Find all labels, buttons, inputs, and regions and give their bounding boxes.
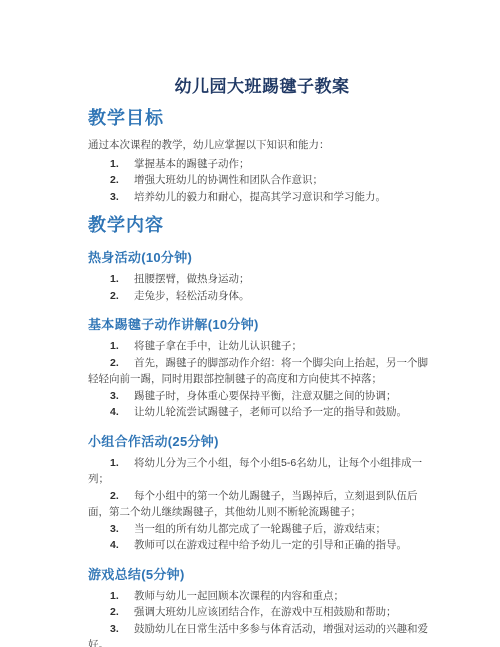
document-page: 幼儿园大班踢毽子教案 教学目标 通过本次课程的教学，幼儿应掌握以下知识和能力： … <box>0 0 500 647</box>
page-title: 幼儿园大班踢毽子教案 <box>88 76 436 98</box>
list-item-text: 将毽子拿在手中，让幼儿认识毽子； <box>134 340 302 352</box>
list-item: 1.将幼儿分为三个小组，每个小组5-6名幼儿，让每个小组排成一列； <box>88 455 436 488</box>
list-item-text: 教师与幼儿一起回顾本次课程的内容和重点； <box>134 590 344 602</box>
list-item: 2.每个小组中的第一个幼儿踢毽子，当踢掉后，立刻退到队伍后面，第二个幼儿继续踢毽… <box>88 488 436 521</box>
list-item-number: 3. <box>110 189 123 206</box>
list-item-text: 首先，踢毽子的脚部动作介绍：将一个脚尖向上抬起，另一个脚轻轻向前一踢，同时用跟部… <box>88 357 428 386</box>
subsection-title-game-summary: 游戏总结(5分钟) <box>88 566 436 583</box>
list-item-number: 1. <box>110 588 123 605</box>
list-item: 3.鼓励幼儿在日常生活中多参与体育活动，增强对运动的兴趣和爱好。 <box>88 621 436 647</box>
list-item: 4.教师可以在游戏过程中给予幼儿一定的引导和正确的指导。 <box>88 537 436 554</box>
list-item: 2.首先，踢毽子的脚部动作介绍：将一个脚尖向上抬起，另一个脚轻轻向前一踢，同时用… <box>88 355 436 388</box>
list-item-number: 2. <box>110 355 123 372</box>
list-item: 1.将毽子拿在手中，让幼儿认识毽子； <box>88 338 436 355</box>
list-item: 3.当一组的所有幼儿都完成了一轮踢毽子后，游戏结束； <box>88 521 436 538</box>
list-item: 1.教师与幼儿一起回顾本次课程的内容和重点； <box>88 588 436 605</box>
subsection-title-basic-moves: 基本踢毽子动作讲解(10分钟) <box>88 316 436 333</box>
list-item-number: 2. <box>110 172 123 189</box>
list-item-text: 将幼儿分为三个小组，每个小组5-6名幼儿，让每个小组排成一列； <box>88 457 422 486</box>
list-item-number: 3. <box>110 388 123 405</box>
list-item: 1.掌握基本的踢毽子动作； <box>88 156 436 173</box>
list-item: 3.踢毽子时，身体重心要保持平衡，注意双腿之间的协调； <box>88 388 436 405</box>
list-item: 1.扭腰摆臂，做热身运动； <box>88 271 436 288</box>
list-item-text: 每个小组中的第一个幼儿踢毽子，当踢掉后，立刻退到队伍后面，第二个幼儿继续踢毽子，… <box>88 490 418 519</box>
list-item: 2.增强大班幼儿的协调性和团队合作意识； <box>88 172 436 189</box>
list-item-text: 踢毽子时，身体重心要保持平衡，注意双腿之间的协调； <box>134 390 397 402</box>
list-item-number: 1. <box>110 338 123 355</box>
list-item-text: 扭腰摆臂，做热身运动； <box>134 273 250 285</box>
list-item-text: 鼓励幼儿在日常生活中多参与体育活动，增强对运动的兴趣和爱好。 <box>88 623 428 647</box>
list-item: 3.培养幼儿的毅力和耐心，提高其学习意识和学习能力。 <box>88 189 436 206</box>
goals-intro: 通过本次课程的教学，幼儿应掌握以下知识和能力： <box>88 137 436 154</box>
list-item-text: 让幼儿轮流尝试踢毽子，老师可以给予一定的指导和鼓励。 <box>134 406 407 418</box>
list-item: 4.让幼儿轮流尝试踢毽子，老师可以给予一定的指导和鼓励。 <box>88 404 436 421</box>
list-item-number: 2. <box>110 488 123 505</box>
list-item-number: 4. <box>110 404 123 421</box>
subsection-title-warmup: 热身活动(10分钟) <box>88 249 436 266</box>
list-item-text: 教师可以在游戏过程中给予幼儿一定的引导和正确的指导。 <box>134 539 407 551</box>
list-item: 2.强调大班幼儿应该团结合作，在游戏中互相鼓励和帮助； <box>88 604 436 621</box>
list-item-text: 走兔步，轻松活动身体。 <box>134 290 250 302</box>
list-item-text: 增强大班幼儿的协调性和团队合作意识； <box>134 174 323 186</box>
list-item-text: 掌握基本的踢毽子动作； <box>134 158 250 170</box>
list-item-text: 当一组的所有幼儿都完成了一轮踢毽子后，游戏结束； <box>134 523 386 535</box>
list-item-text: 培养幼儿的毅力和耐心，提高其学习意识和学习能力。 <box>134 191 386 203</box>
list-item-number: 3. <box>110 521 123 538</box>
list-item-number: 4. <box>110 537 123 554</box>
list-item-number: 2. <box>110 604 123 621</box>
list-item-number: 2. <box>110 288 123 305</box>
section-heading-content: 教学内容 <box>88 213 436 237</box>
list-item: 2.走兔步，轻松活动身体。 <box>88 288 436 305</box>
list-item-number: 1. <box>110 455 123 472</box>
list-item-number: 1. <box>110 156 123 173</box>
section-heading-goals: 教学目标 <box>88 106 436 130</box>
list-item-number: 1. <box>110 271 123 288</box>
list-item-number: 3. <box>110 621 123 638</box>
subsection-title-group-activity: 小组合作活动(25分钟) <box>88 433 436 450</box>
list-item-text: 强调大班幼儿应该团结合作，在游戏中互相鼓励和帮助； <box>134 606 397 618</box>
